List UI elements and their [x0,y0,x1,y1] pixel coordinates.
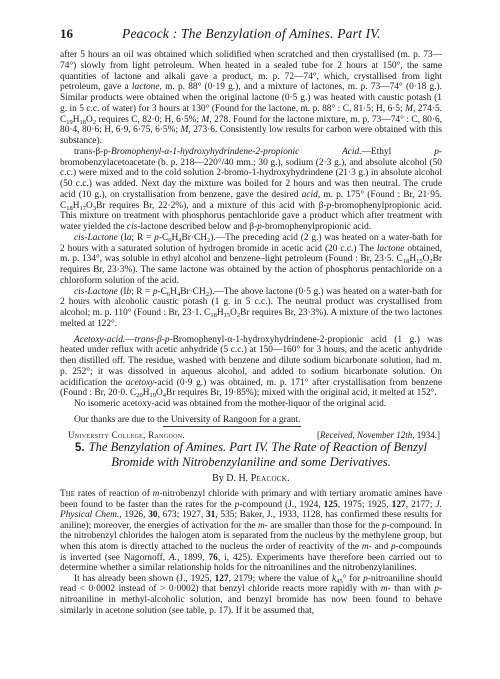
section-heading: cis-Lactone [74,287,118,297]
paragraph-already-shown: It has already been shown (J., 1925, 127… [60,574,442,616]
paragraph-cis-lactone-ib: cis-Lactone (Ib; R = p-C6H4Br·CH2).—The … [60,287,442,330]
article-body: The rates of reaction of m-nitrobenzyl c… [60,489,442,616]
previous-article-body: after 5 hours an oil was obtained which … [60,50,442,442]
affiliation: University College, Rangoon. [68,430,185,441]
paragraph-intro: The rates of reaction of m-nitrobenzyl c… [60,489,442,574]
paragraph-cis-lactone-ia: cis-Lactone (Ia; R = p-C6H4Br·CH2).—The … [60,233,442,287]
byline: By D. H. Peacock. [60,473,442,484]
paragraph-lactone-results: after 5 hours an oil was obtained which … [60,50,442,147]
paragraph-trans-acid: trans-β-p-Bromophenyl-α-1-hydroxyhydrind… [60,147,442,233]
article-divider [163,426,301,427]
article-number: 5. [75,442,85,454]
acknowledgement: Our thanks are due to the University of … [60,415,442,426]
section-heading: cis-Lactone [74,233,118,243]
article-title: 5.The Benzylation of Amines. Part IV. Th… [60,440,442,469]
paragraph-no-isomeric: No isomeric acetoxy-acid was obtained fr… [60,399,442,410]
running-title: Peacock : The Benzylation of Amines. Par… [122,26,381,42]
page-number: 16 [60,26,73,42]
paragraph-acetoxy-acid: Acetoxy-acid.—trans-β-p-Bromophenyl-α-1-… [60,335,442,400]
received-date: [Received, November 12th, 1934.] [317,430,440,441]
page-header: 16 Peacock : The Benzylation of Amines. … [60,26,442,42]
author-name: Peacock. [251,473,290,484]
new-article: 5.The Benzylation of Amines. Part IV. Th… [60,440,442,616]
section-heading: Acetoxy-acid. [74,335,125,345]
section-heading: Bromophenyl-α-1-hydroxyhydrindene-2-prop… [111,147,362,157]
